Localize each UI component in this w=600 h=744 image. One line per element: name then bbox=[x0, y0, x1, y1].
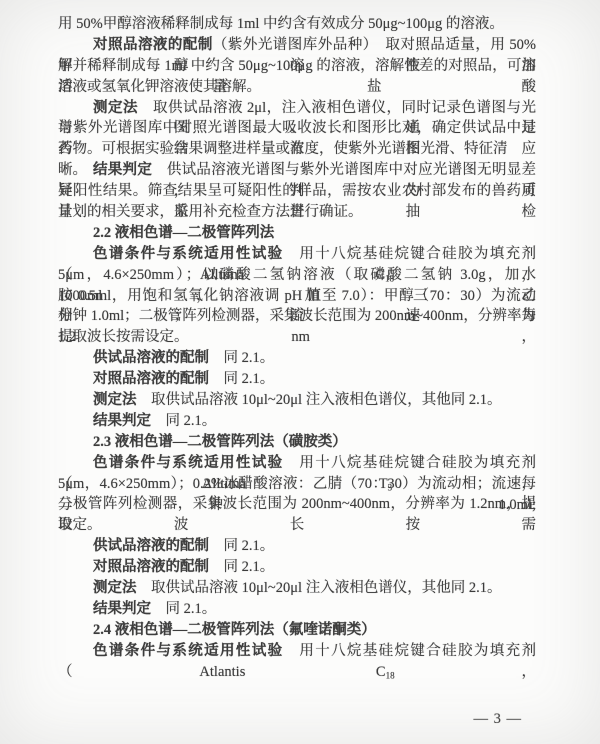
heading-text: 结果判定 bbox=[93, 413, 151, 429]
text-line: 胺 0.5ml，用饱和氢氧化钠溶液调 pH 值至 7.0）：甲醇（70：30）为… bbox=[58, 286, 536, 307]
text-line: 疑阳性结果。筛查结果呈可疑阳性的样品，需按农业农村部发布的兽药质量监督抽检 bbox=[58, 181, 536, 202]
text-line: 色谱条件与系统适用性试验 用十八烷基硅烷键合硅胶为填充剂（Alltima T3， bbox=[58, 453, 536, 474]
body-text: ， bbox=[395, 664, 536, 680]
text-line: 结果判定 供试品溶液光谱图与紫外光谱图库中对应光谱图无明显差异，判为可 bbox=[58, 160, 536, 181]
heading-text: 供试品溶液的配制 bbox=[93, 350, 209, 366]
text-line: 二极管阵列检测器，采集波长范围为 200nm~400nm，分辨率为 1.2nm，… bbox=[58, 494, 536, 515]
heading-text: 供试品溶液的配制 bbox=[93, 538, 209, 554]
body-text: 同 2.1。 bbox=[209, 371, 274, 387]
text-line: 对照品溶液的配制 同 2.1。 bbox=[58, 557, 536, 578]
heading-text: 对照品溶液的配制 bbox=[93, 371, 209, 387]
body-text: 18 bbox=[386, 670, 395, 680]
heading-text: 测定法 bbox=[93, 580, 137, 596]
heading-text: 测定法 bbox=[93, 392, 137, 408]
text-line: 结果判定 同 2.1。 bbox=[58, 411, 536, 432]
body-text: 同 2.1。 bbox=[209, 350, 274, 366]
heading-text: 色谱条件与系统适用性试验 bbox=[93, 643, 283, 659]
text-line: 供试品溶液的配制 同 2.1。 bbox=[58, 536, 536, 557]
heading-text: 2.4 液相色谱—二极管阵列法（氟喹诺酮类） bbox=[93, 622, 376, 638]
text-line: 解并稀释制成每 1ml 中约含 50μg~100μg 的溶液，溶解性差的对照品，… bbox=[58, 56, 536, 77]
body-text: 同 2.1。 bbox=[151, 413, 216, 429]
text-line: 对照品溶液的配制 同 2.1。 bbox=[58, 369, 536, 390]
document-page: 用 50%甲醇溶液稀释制成每 1ml 中约含有效成分 50μg~100μg 的溶… bbox=[0, 0, 600, 744]
heading-text: 2.3 液相色谱—二极管阵列法（磺胺类） bbox=[93, 434, 347, 450]
text-line: 供试品溶液的配制 同 2.1。 bbox=[58, 348, 536, 369]
text-line: 药物。可根据实验结果调整进样量或浓度，使紫外光谱图光滑、特征清晰。 bbox=[58, 139, 536, 160]
text-line: 2.2 液相色谱—二极管阵列法 bbox=[58, 223, 536, 244]
text-line: 测定法 取供试品溶液 10μl~20μl 注入液相色谱仪，其他同 2.1。 bbox=[58, 390, 536, 411]
text-line: 5μm，4.6×250mm）；以磷酸二氢钠溶液（取磷酸二氢钠 3.0g，加水 1… bbox=[58, 265, 536, 286]
heading-text: 色谱条件与系统适用性试验 bbox=[93, 455, 283, 471]
heading-text: 对照品溶液的配制 bbox=[93, 559, 209, 575]
page-number: — 3 — bbox=[58, 708, 522, 730]
body-text: 取供试品溶液 10μl~20μl 注入液相色谱仪，其他同 2.1。 bbox=[137, 392, 502, 408]
body-text: 同 2.1。 bbox=[151, 601, 216, 617]
text-line: 2.4 液相色谱—二极管阵列法（氟喹诺酮类） bbox=[58, 620, 536, 641]
heading-text: 2.2 液相色谱—二极管阵列法 bbox=[93, 225, 274, 241]
text-line: 与紫外光谱图库中对照光谱图最大吸收波长和图形比对，确定供试品中是否含有相应 bbox=[58, 118, 536, 139]
text-line: 用 50%甲醇溶液稀释制成每 1ml 中约含有效成分 50μg~100μg 的溶… bbox=[58, 14, 536, 35]
heading-text: 色谱条件与系统适用性试验 bbox=[93, 246, 283, 262]
body-text: 二极管阵列检测器，采集波长范围为 200nm~400nm，分辨率为 1.2nm，… bbox=[58, 496, 536, 533]
body-text: 提取波长按需设定。 bbox=[58, 329, 189, 345]
body-text: 同 2.1。 bbox=[209, 559, 274, 575]
heading-text: 结果判定 bbox=[93, 162, 152, 178]
text-line: 色谱条件与系统适用性试验 用十八烷基硅烷键合硅胶为填充剂（Atlantis C1… bbox=[58, 641, 536, 662]
body-text: 用 50%甲醇溶液稀释制成每 1ml 中约含有效成分 50μg~100μg 的溶… bbox=[58, 16, 504, 32]
text-line: 测定法 取供试品溶液 10μl~20μl 注入液相色谱仪，其他同 2.1。 bbox=[58, 578, 536, 599]
text-line: 结果判定 同 2.1。 bbox=[58, 599, 536, 620]
body-text: 设定。 bbox=[58, 517, 102, 533]
document-body: 用 50%甲醇溶液稀释制成每 1ml 中约含有效成分 50μg~100μg 的溶… bbox=[58, 14, 536, 662]
text-line: 对照品溶液的配制（紫外光谱图库外品种） 取对照品适量，用 50%甲醇溶液溶 bbox=[58, 35, 536, 56]
body-text: 计划的相关要求，采用补充检查方法进行确证。 bbox=[58, 204, 363, 220]
body-text: 溶液或氢氧化钾溶液使其溶解。 bbox=[58, 79, 261, 95]
body-text: 取供试品溶液 10μl~20μl 注入液相色谱仪，其他同 2.1。 bbox=[137, 580, 502, 596]
text-line: 色谱条件与系统适用性试验 用十八烷基硅烷键合硅胶为填充剂（Alltima C18… bbox=[58, 244, 536, 265]
text-line: 2.3 液相色谱—二极管阵列法（磺胺类） bbox=[58, 432, 536, 453]
text-line: 测定法 取供试品溶液 2μl，注入液相色谱仪，同时记录色谱图与光谱图。通过 bbox=[58, 98, 536, 119]
text-line: 分钟 1.0ml；二极管阵列检测器，采集波长范围为 200nm~400nm，分辨… bbox=[58, 306, 536, 327]
heading-text: 结果判定 bbox=[93, 601, 151, 617]
text-line: 5μm，4.6×250mm）；0.2%冰醋酸溶液：乙腈（70：30）为流动相；流… bbox=[58, 474, 536, 495]
heading-text: 测定法 bbox=[93, 100, 138, 116]
heading-text: 对照品溶液的配制 bbox=[93, 37, 213, 53]
body-text: 同 2.1。 bbox=[209, 538, 274, 554]
